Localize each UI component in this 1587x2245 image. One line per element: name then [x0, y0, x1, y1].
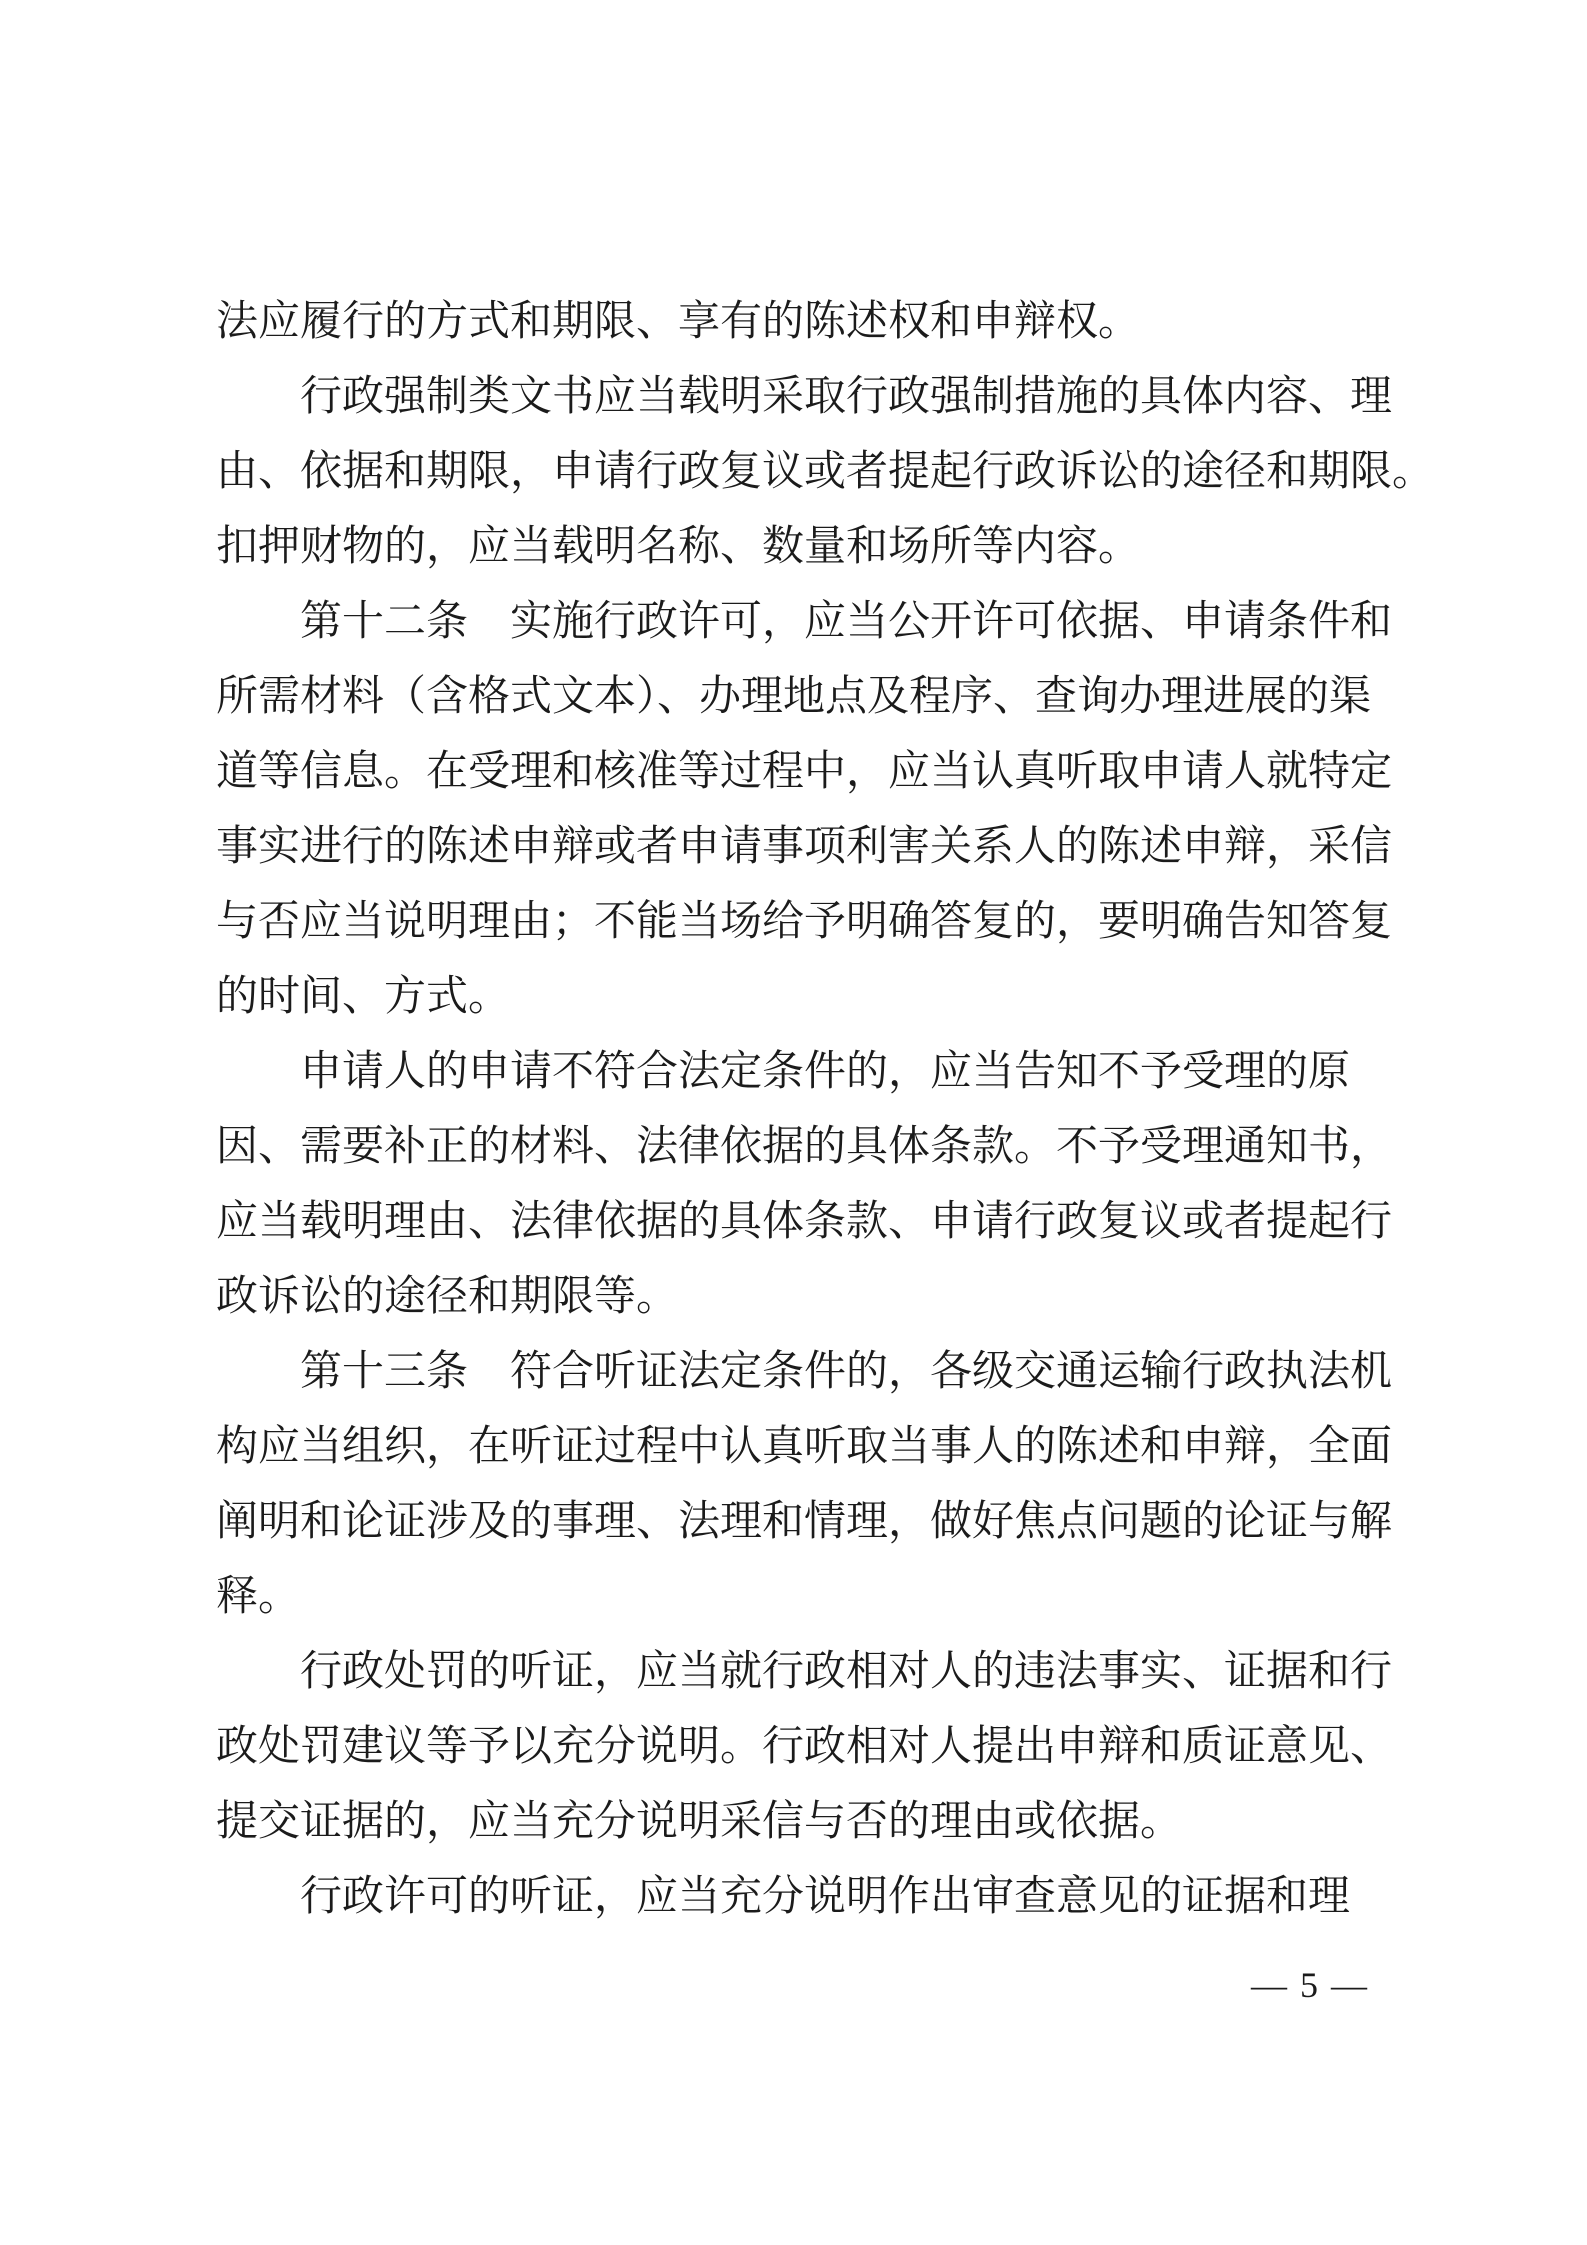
text-line: 行政处罚的听证，应当就行政相对人的违法事实、证据和行 [216, 1635, 1436, 1710]
text-line: 提交证据的，应当充分说明采信与否的理由或依据。 [216, 1785, 1436, 1860]
text-line: 政诉讼的途径和期限等。 [216, 1260, 1436, 1335]
text-line: 第十三条 符合听证法定条件的，各级交通运输行政执法机 [216, 1335, 1436, 1410]
page-number: — 5 — [1210, 1955, 1410, 2015]
text-line: 行政许可的听证，应当充分说明作出审查意见的证据和理 [216, 1860, 1436, 1935]
text-line: 政处罚建议等予以充分说明。行政相对人提出申辩和质证意见、 [216, 1710, 1436, 1785]
text-line: 阐明和论证涉及的事理、法理和情理，做好焦点问题的论证与解 [216, 1485, 1436, 1560]
text-line: 应当载明理由、法律依据的具体条款、申请行政复议或者提起行 [216, 1185, 1436, 1260]
body-text: 法应履行的方式和期限、享有的陈述权和申辩权。 行政强制类文书应当载明采取行政强制… [216, 285, 1436, 1935]
text-line: 扣押财物的，应当载明名称、数量和场所等内容。 [216, 510, 1436, 585]
text-line: 行政强制类文书应当载明采取行政强制措施的具体内容、理 [216, 360, 1436, 435]
text-line: 道等信息。在受理和核准等过程中，应当认真听取申请人就特定 [216, 735, 1436, 810]
text-line: 申请人的申请不符合法定条件的，应当告知不予受理的原 [216, 1035, 1436, 1110]
document-page: 法应履行的方式和期限、享有的陈述权和申辩权。 行政强制类文书应当载明采取行政强制… [0, 0, 1587, 2245]
text-line: 事实进行的陈述申辩或者申请事项利害关系人的陈述申辩，采信 [216, 810, 1436, 885]
text-line: 因、需要补正的材料、法律依据的具体条款。不予受理通知书， [216, 1110, 1436, 1185]
text-line: 释。 [216, 1560, 1436, 1635]
text-line: 的时间、方式。 [216, 960, 1436, 1035]
text-line: 由、依据和期限，申请行政复议或者提起行政诉讼的途径和期限。 [216, 435, 1436, 510]
text-line: 构应当组织，在听证过程中认真听取当事人的陈述和申辩，全面 [216, 1410, 1436, 1485]
text-line: 所需材料（含格式文本）、办理地点及程序、查询办理进展的渠 [216, 660, 1436, 735]
text-line: 与否应当说明理由；不能当场给予明确答复的，要明确告知答复 [216, 885, 1436, 960]
text-line: 第十二条 实施行政许可，应当公开许可依据、申请条件和 [216, 585, 1436, 660]
text-line: 法应履行的方式和期限、享有的陈述权和申辩权。 [216, 285, 1436, 360]
